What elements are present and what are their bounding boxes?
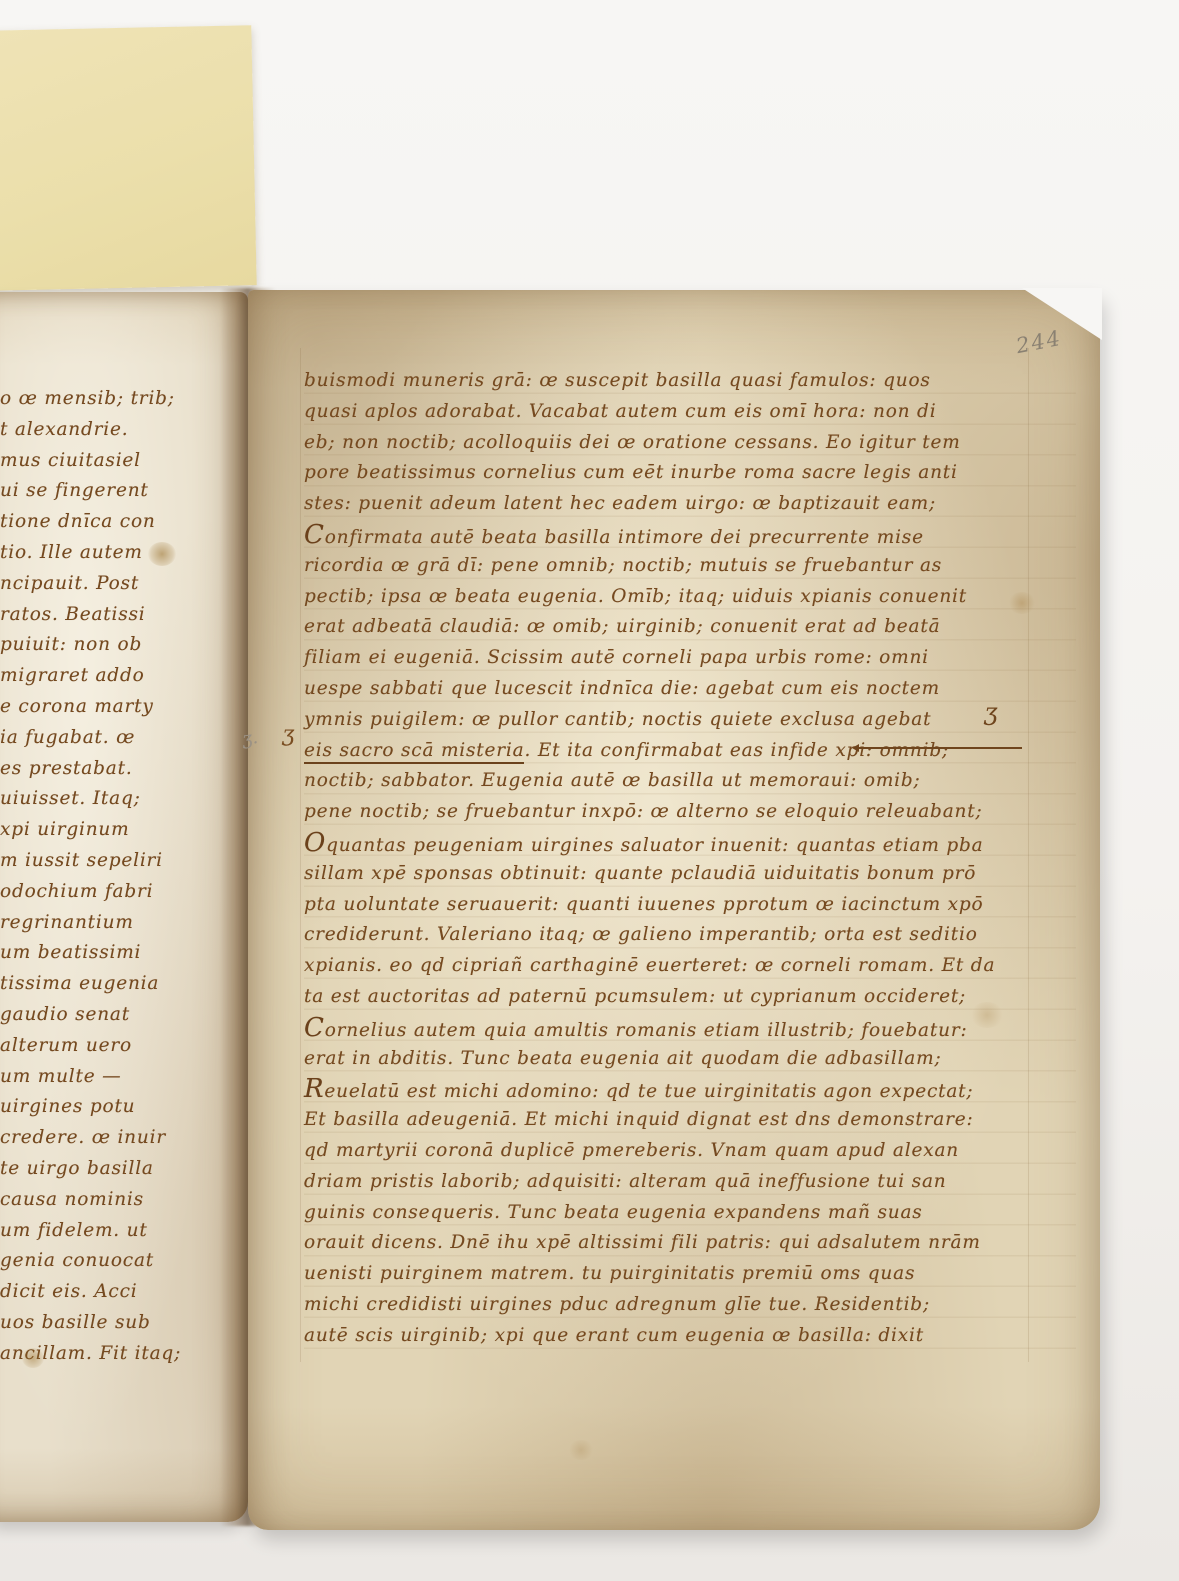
text-line: driam pristis laborib; adquisiti: altera… (304, 1167, 1076, 1198)
text-line: migraret addo (0, 661, 246, 692)
text-line: Reuelatū est michi adomino: qd te tue ui… (304, 1074, 1076, 1105)
text-line: e corona marty (0, 692, 246, 723)
text-line: pta uoluntate seruauerit: quanti iuuenes… (304, 890, 1076, 921)
right-page: 244 buismodi muneris grā: œ suscepit bas… (248, 290, 1100, 1530)
large-initial: C (304, 520, 325, 550)
text-line: crediderunt. Valeriano itaq; œ galieno i… (304, 920, 1076, 951)
text-line: ta est auctoritas ad paternū pcumsulem: … (304, 982, 1076, 1013)
text-line: tissima eugenia (0, 969, 246, 1000)
text-line: pene noctib; se fruebantur inxpō: œ alte… (304, 797, 1076, 828)
text-line: odochium fabri (0, 877, 246, 908)
text-line: erat in abditis. Tunc beata eugenia ait … (304, 1044, 1076, 1075)
text-line: regrinantium (0, 908, 246, 939)
text-line: Oquantas peugeniam uirgines saluator inu… (304, 828, 1076, 859)
text-line: eis sacro scā misteria. Et ita confirmab… (304, 736, 1076, 767)
text-line: genia conuocat (0, 1246, 246, 1277)
right-page-text: buismodi muneris grā: œ suscepit basilla… (304, 366, 1076, 1352)
text-line: uos basille sub (0, 1308, 246, 1339)
text-line: Et basilla adeugeniā. Et michi inquid di… (304, 1105, 1076, 1136)
text-line: stes: puenit adeum latent hec eadem uirg… (304, 489, 1076, 520)
text-line: qd martyrii coronā duplicē pmereberis. V… (304, 1136, 1076, 1167)
text-line: ymnis puigilem: œ pullor cantib; noctis … (304, 705, 1076, 736)
manuscript-photo: o œ mensib; trib;t alexandrie.mus ciuita… (0, 0, 1179, 1581)
text-line: autē scis uirginib; xpi que erant cum eu… (304, 1321, 1076, 1352)
text-line: m iussit sepeliri (0, 846, 246, 877)
text-line: pectib; ipsa œ beata eugenia. Omīb; itaq… (304, 582, 1076, 613)
left-page-text: o œ mensib; trib;t alexandrie.mus ciuita… (0, 384, 246, 1370)
ruling-guide-left (300, 348, 301, 1362)
text-line: uirgines potu (0, 1092, 246, 1123)
text-line: eb; non noctib; acolloquiis dei œ oratio… (304, 428, 1076, 459)
text-line: michi credidisti uirgines pduc adregnum … (304, 1290, 1076, 1321)
text-line: causa nominis (0, 1185, 246, 1216)
text-line: tione dnīca con (0, 507, 246, 538)
parchment-stain (1008, 592, 1036, 614)
text-line: xpi uirginum (0, 815, 246, 846)
text-line: noctib; sabbator. Eugenia autē œ basilla… (304, 766, 1076, 797)
text-line: uiuisset. Itaq; (0, 784, 246, 815)
text-line: um multe — (0, 1062, 246, 1093)
parchment-stain (568, 1440, 594, 1460)
parchment-stain (970, 1002, 1004, 1028)
text-line: o œ mensib; trib; (0, 384, 246, 415)
text-line: Confirmata autē beata basilla intimore d… (304, 520, 1076, 551)
text-line: orauit dicens. Dnē ihu xpē altissimi fil… (304, 1228, 1076, 1259)
text-line: mus ciuitasiel (0, 446, 246, 477)
text-line: Cornelius autem quia amultis romanis eti… (304, 1013, 1076, 1044)
bookmark-card (0, 25, 257, 291)
page-number: 244 (1014, 326, 1064, 358)
text-line: t alexandrie. (0, 415, 246, 446)
text-line: um beatissimi (0, 938, 246, 969)
text-line: te uirgo basilla (0, 1154, 246, 1185)
large-initial: R (304, 1074, 324, 1104)
text-line: guinis consequeris. Tunc beata eugenia e… (304, 1198, 1076, 1229)
text-line: um fidelem. ut (0, 1216, 246, 1247)
text-line: ia fugabat. œ (0, 723, 246, 754)
text-line: pore beatissimus cornelius cum eēt inurb… (304, 458, 1076, 489)
text-line: uenisti puirginem matrem. tu puirginitat… (304, 1259, 1076, 1290)
text-line: alterum uero (0, 1031, 246, 1062)
insertion-mark-right: ʒ (984, 698, 998, 726)
parchment-stain (148, 542, 176, 566)
text-line: credere. œ inuir (0, 1123, 246, 1154)
text-line: es prestabat. (0, 754, 246, 785)
text-line: quasi aplos adorabat. Vacabat autem cum … (304, 397, 1076, 428)
text-line: filiam ei eugeniā. Scissim autē corneli … (304, 643, 1076, 674)
text-line: ricordia œ grā dī: pene omnib; noctib; m… (304, 551, 1076, 582)
pencil-mark-left: ʒ. (241, 727, 260, 750)
ink-mark-left: ʒ (282, 722, 294, 747)
left-page: o œ mensib; trib;t alexandrie.mus ciuita… (0, 292, 248, 1522)
underlined-phrase: eis sacro scā misteria (304, 740, 524, 764)
text-line: uespe sabbati que lucescit indnīca die: … (304, 674, 1076, 705)
text-line: ncipauit. Post (0, 569, 246, 600)
text-line: dicit eis. Acci (0, 1277, 246, 1308)
text-line: sillam xpē sponsas obtinuit: quante pcla… (304, 859, 1076, 890)
text-line: ratos. Beatissi (0, 600, 246, 631)
text-line: xpianis. eo qd cipriañ carthaginē euerte… (304, 951, 1076, 982)
large-initial: C (304, 1013, 325, 1043)
text-line: erat adbeatā claudiā: œ omib; uirginib; … (304, 612, 1076, 643)
text-line: gaudio senat (0, 1000, 246, 1031)
text-line: tio. Ille autem (0, 538, 246, 569)
parchment-stain (22, 1348, 44, 1368)
text-line: puiuit: non ob (0, 630, 246, 661)
margin-rule (854, 747, 1022, 749)
text-line: buismodi muneris grā: œ suscepit basilla… (304, 366, 1076, 397)
text-line: ui se fingerent (0, 476, 246, 507)
large-initial: O (304, 828, 326, 858)
